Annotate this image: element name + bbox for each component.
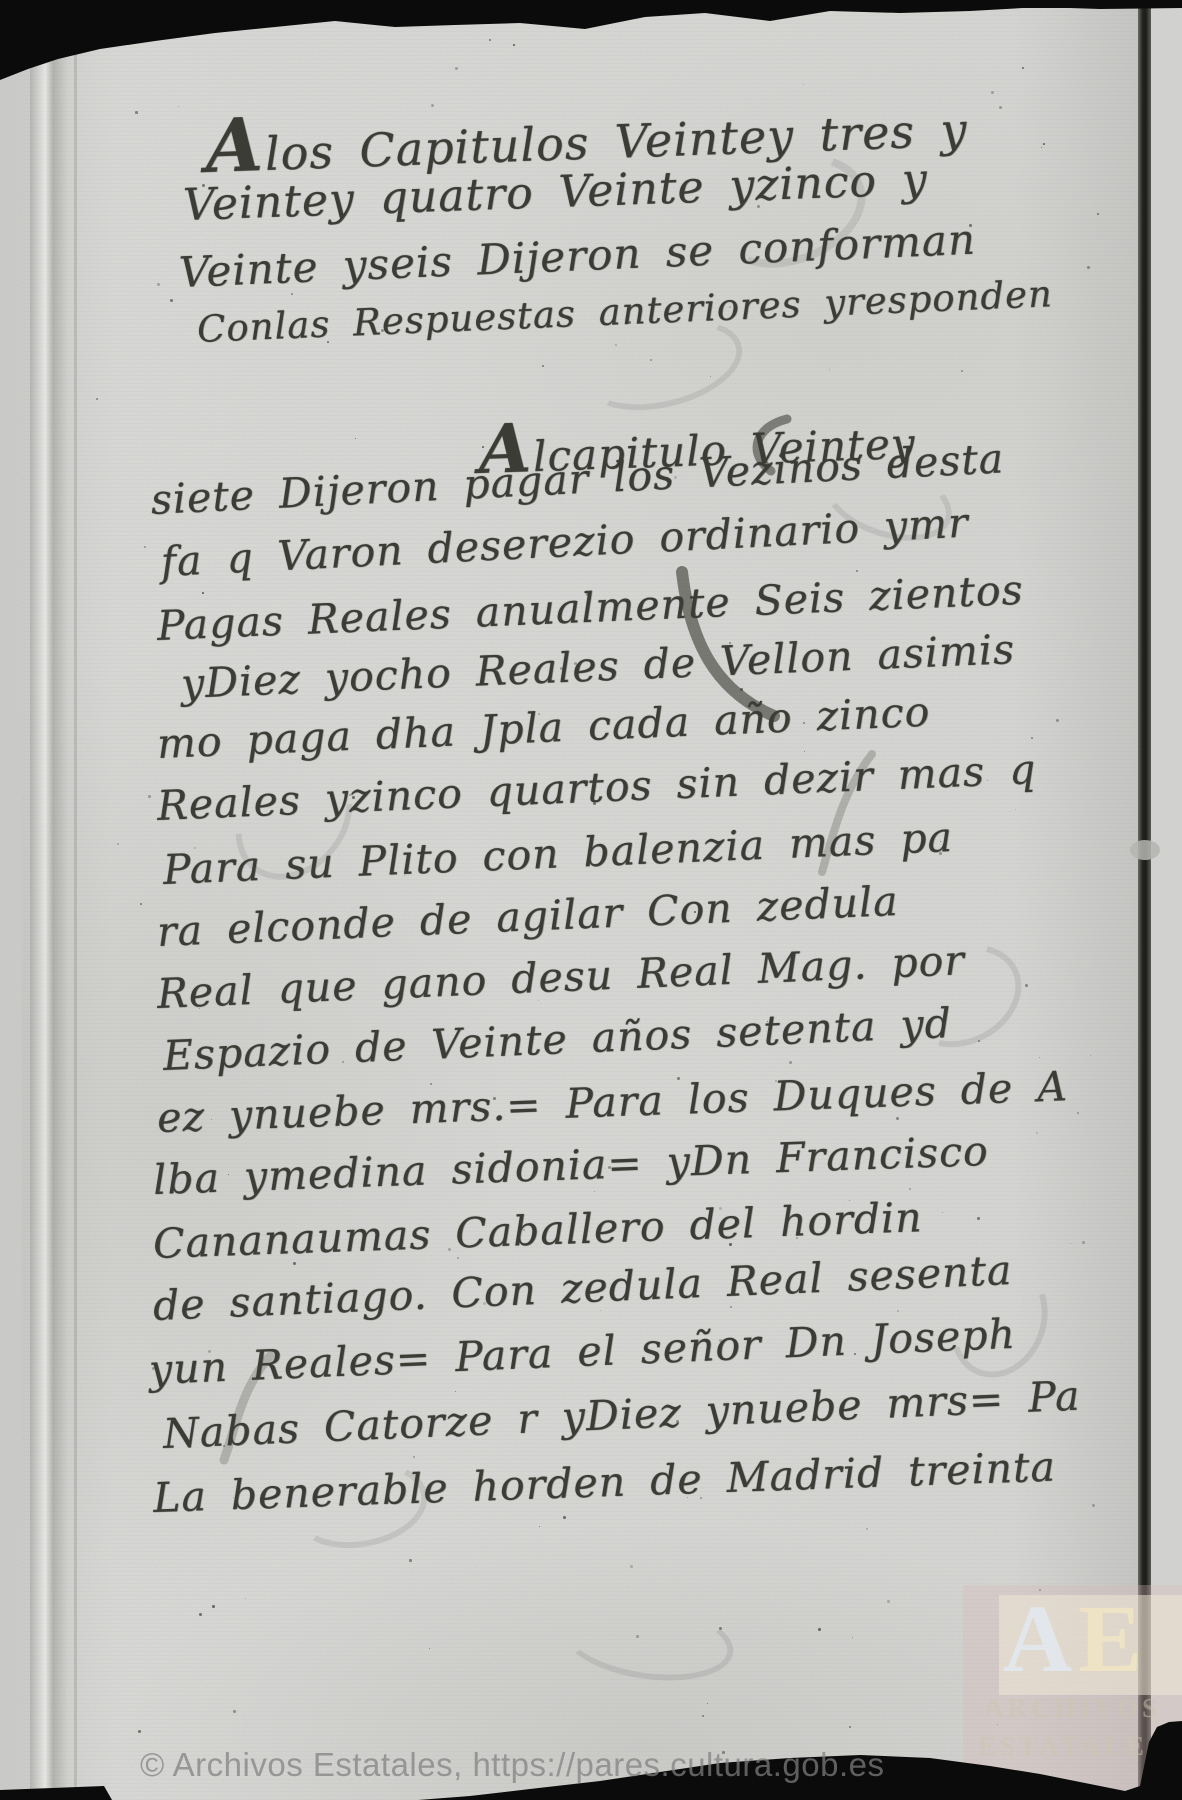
paper-speck [796,1237,798,1239]
paper-speck [538,1000,539,1001]
paper-speck [630,1565,633,1568]
paper-speck [719,1207,722,1210]
binding-gutter [1138,0,1151,1800]
manuscript-line: La benerable horden de Madrid treinta [152,1443,1056,1522]
adjacent-page-edge [1150,0,1182,1800]
paper-speck [245,1598,246,1599]
paper-speck [694,911,696,913]
paper-speck [1039,1057,1040,1058]
paper-speck [135,111,138,114]
paper-speck [757,205,760,208]
paper-speck [1043,143,1045,145]
paper-speck [293,1262,296,1265]
manuscript-page: Alos Capitulos Veintey tres y Veintey qu… [22,8,1150,1800]
paper-speck [560,667,563,670]
paper-speck [194,847,196,849]
paper-speck [940,841,941,842]
paper-speck [578,1161,579,1162]
paper-speck [687,1497,688,1498]
paper-speck [593,802,596,805]
paper-speck [650,359,652,361]
logo-letter-a: A [1003,1585,1078,1692]
paper-speck [431,104,434,107]
paper-speck [829,369,830,370]
paper-speck [1082,1241,1085,1244]
paper-speck [925,596,926,597]
paper-speck [961,370,963,372]
logo-letter-e: E [1078,1585,1142,1692]
paper-speck [1041,147,1042,148]
paper-speck [429,1648,430,1649]
copyright-watermark: © Archivos Estatales, https://pares.cult… [140,1746,885,1784]
paper-speck [818,1628,821,1631]
logo-caption-archivos: ARCHIVOS [963,1693,1182,1724]
paper-speck [291,293,293,295]
paper-speck [594,1191,595,1192]
paper-speck [117,843,119,845]
paper-speck [199,1613,202,1616]
paper-speck [202,592,204,594]
manuscript-line: lba ymedina sidonia= yDn Francisco [152,1127,989,1204]
paper-speck [586,593,589,596]
paper-speck [909,1188,911,1190]
paper-speck [247,671,248,672]
paper-speck [355,438,356,439]
paper-speck [1025,984,1028,987]
paper-speck [140,903,142,905]
paper-speck [991,91,994,94]
paper-speck [730,1306,732,1308]
paper-speck [548,312,551,315]
paper-speck [327,341,329,343]
paper-speck [789,1061,792,1064]
paper-speck [849,1726,851,1728]
paper-speck [702,1715,704,1717]
paper-speck [489,39,491,41]
paper-speck [729,642,731,644]
paper-speck [542,365,544,367]
paper-speck [1022,67,1024,69]
paper-speck [978,1040,980,1042]
paper-speck [852,1637,853,1638]
paper-speck [438,312,441,315]
paper-speck [457,1257,459,1259]
paper-speck [144,546,146,548]
paper-speck [413,1456,415,1458]
paper-speck [211,1119,212,1120]
binding-stitch [1130,840,1160,860]
paper-speck [999,106,1002,109]
scanned-manuscript: Alos Capitulos Veintey tres y Veintey qu… [0,0,1182,1800]
paper-speck [483,1302,486,1305]
paper-speck [409,1559,412,1562]
paper-speck [674,476,677,479]
paper-speck [212,1605,215,1608]
logo-letters: AE [963,1585,1182,1697]
paper-speck [719,1339,722,1342]
paper-speck [455,1391,456,1392]
paper-speck [352,796,355,799]
paper-speck [729,1243,732,1246]
bleed-mark [558,1591,739,1690]
page-fold-line [74,48,77,1800]
paper-speck [803,84,804,85]
paper-speck [845,237,848,240]
paper-speck [148,795,151,798]
paper-speck [612,466,615,469]
paper-speck [493,1097,496,1100]
paper-speck [1097,213,1099,215]
paper-speck [707,1703,708,1704]
paper-speck [897,1310,899,1312]
paper-speck [138,1730,141,1733]
paper-speck [1090,1055,1091,1056]
paper-speck [608,1166,611,1169]
paper-speck [157,283,160,286]
paper-speck [1092,1504,1095,1507]
paper-speck [513,44,515,46]
paper-speck [1070,1243,1071,1244]
paper-speck [896,1117,899,1120]
paper-speck [455,67,458,70]
paper-speck [719,1627,722,1630]
paper-speck [563,1516,566,1519]
paper-speck [942,1212,943,1213]
paper-speck [170,299,173,302]
paper-speck [1056,719,1059,722]
paper-speck [96,398,98,400]
paper-speck [676,1420,679,1423]
paper-speck [740,688,743,691]
paper-speck [1036,1132,1038,1134]
paper-speck [312,987,314,989]
paper-speck [482,446,484,448]
page-fold-crease [30,38,70,1800]
paper-speck [349,794,351,796]
paper-speck [887,1600,890,1603]
paper-speck [152,1367,155,1370]
paper-speck [1077,1112,1079,1114]
paper-speck [700,1497,702,1499]
paper-speck [178,106,179,107]
paper-speck [939,852,942,855]
paper-speck [539,1526,540,1527]
paper-speck [1087,266,1090,269]
paper-speck [775,1080,777,1082]
paper-speck [677,1077,680,1080]
paper-speck [448,1248,451,1251]
paper-speck [223,1445,225,1447]
paper-speck [854,1353,856,1355]
paper-speck [595,1048,598,1051]
paper-speck [987,780,988,781]
paper-speck [233,1497,234,1498]
paper-speck [977,1217,980,1220]
paper-speck [1015,809,1016,810]
paper-speck [1031,737,1033,739]
paper-speck [969,224,972,227]
paper-speck [804,751,805,752]
paper-speck [636,1635,639,1638]
paper-speck [866,1528,868,1530]
paper-speck [825,142,826,143]
paper-speck [233,1710,236,1713]
